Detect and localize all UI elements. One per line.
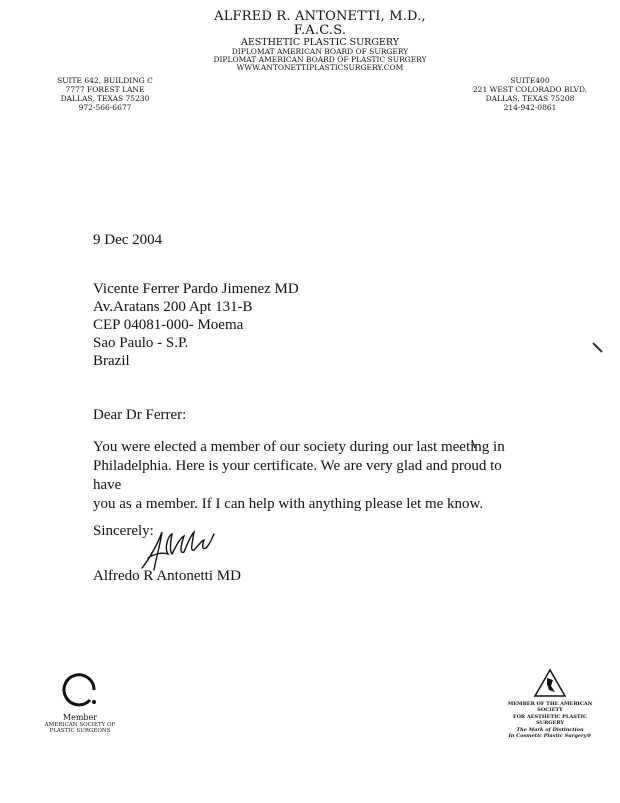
office-address-left: SUITE 642, BUILDING C 7777 FOREST LANE D… <box>50 76 160 112</box>
org-line: FOR AESTHETIC PLASTIC SURGERY <box>500 714 600 727</box>
body-line: you as a member. If I can help with anyt… <box>93 495 533 514</box>
scan-mark-icon <box>470 438 478 450</box>
org-name: PLASTIC SURGEONS <box>30 728 130 734</box>
letter-body: You were elected a member of our society… <box>93 438 533 514</box>
address-line: 221 WEST COLORADO BLVD. <box>470 85 590 94</box>
recipient-line: CEP 04081-000- Moema <box>93 316 299 334</box>
address-line: DALLAS, TEXAS 75208 <box>470 94 590 103</box>
phone: 214-942-0861 <box>470 103 590 112</box>
salutation: Dear Dr Ferrer: <box>93 407 186 424</box>
body-line: Philadelphia. Here is your certificate. … <box>93 457 533 495</box>
tagline: In Cosmetic Plastic Surgery® <box>500 733 600 740</box>
address-line: SUITE 642, BUILDING C <box>50 76 160 85</box>
member-label: Member <box>30 713 130 722</box>
address-line: DALLAS, TEXAS 75230 <box>50 94 160 103</box>
recipient-address: Vicente Ferrer Pardo Jimenez MD Av.Arata… <box>93 280 299 370</box>
recipient-line: Vicente Ferrer Pardo Jimenez MD <box>93 280 299 298</box>
address-line: SUITE400 <box>470 76 590 85</box>
asaps-member-logo: MEMBER OF THE AMERICAN SOCIETY FOR AESTH… <box>500 668 600 740</box>
org-line: MEMBER OF THE AMERICAN SOCIETY <box>500 701 600 714</box>
website: WWW.ANTONETTIPLASTICSURGERY.COM <box>190 64 450 72</box>
signer-name: Alfredo R Antonetti MD <box>93 568 241 585</box>
physician-name: ALFRED R. ANTONETTI, M.D., F.A.C.S. <box>190 10 450 37</box>
signature-icon <box>140 528 220 573</box>
office-address-right: SUITE400 221 WEST COLORADO BLVD. DALLAS,… <box>470 76 590 112</box>
circle-logo-icon <box>60 668 100 708</box>
recipient-line: Sao Paulo - S.P. <box>93 334 299 352</box>
body-line: You were elected a member of our society… <box>93 438 533 457</box>
phone: 972-566-6677 <box>50 103 160 112</box>
triangle-logo-icon <box>533 668 567 698</box>
address-line: 7777 FOREST LANE <box>50 85 160 94</box>
asps-member-logo: Member AMERICAN SOCIETY OF PLASTIC SURGE… <box>30 668 130 734</box>
letterhead: ALFRED R. ANTONETTI, M.D., F.A.C.S. AEST… <box>190 10 450 72</box>
recipient-line: Av.Aratans 200 Apt 131-B <box>93 298 299 316</box>
letter-date: 9 Dec 2004 <box>93 232 162 249</box>
scan-mark-icon <box>590 340 606 356</box>
recipient-line: Brazil <box>93 352 299 370</box>
